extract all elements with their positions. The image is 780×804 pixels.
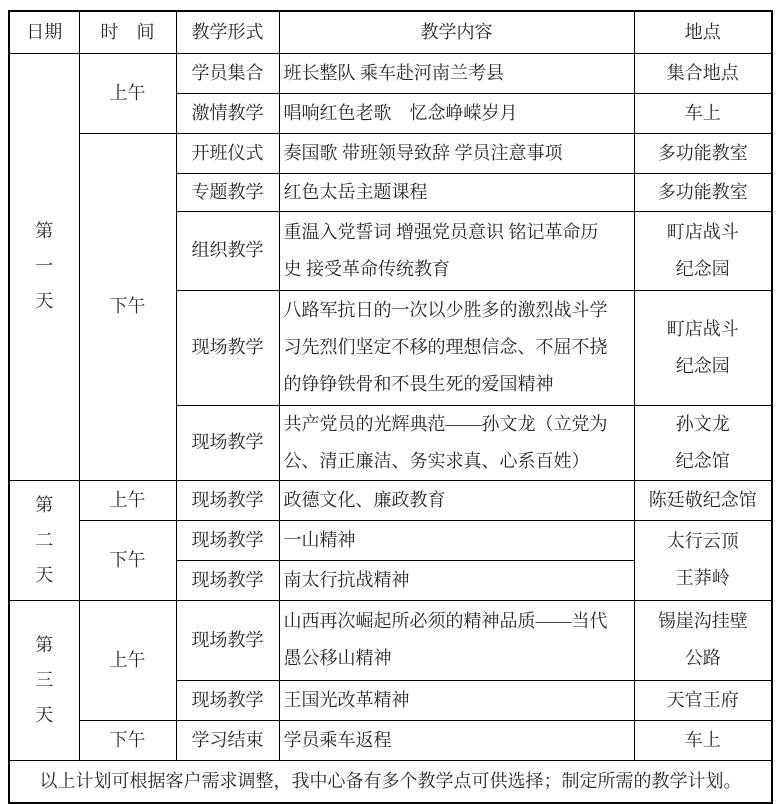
cell-location: 集合地点 [634, 53, 772, 93]
cell-content: 共产党员的光辉典范——孙文龙（立党为 公、清正廉洁、务实求真、心系百姓） [279, 405, 634, 480]
cell-content: 重温入党誓词 增强党员意识 铭记革命历 史 接受革命传统教育 [279, 211, 634, 290]
cell-location: 太行云顶 王莽岭 [634, 520, 772, 600]
header-time: 时 间 [79, 11, 176, 53]
cell-location: 车上 [634, 93, 772, 133]
cell-session-day2-am: 上午 [79, 480, 176, 520]
table-row: 下午 现场教学 一山精神 太行云顶 王莽岭 [9, 520, 772, 560]
cell-session-day1-pm: 下午 [79, 133, 176, 480]
cell-form: 现场教学 [176, 680, 279, 720]
cell-content: 奏国歌 带班领导致辞 学员注意事项 [279, 133, 634, 173]
cell-form: 现场教学 [176, 520, 279, 560]
header-date: 日期 [9, 11, 79, 53]
footer-row: 以上计划可根据客户需求调整，我中心备有多个教学点可供选择；制定所需的教学计划。 [9, 760, 772, 803]
cell-location: 町店战斗 纪念园 [634, 290, 772, 405]
cell-content: 红色太岳主题课程 [279, 173, 634, 211]
header-content: 教学内容 [279, 11, 634, 53]
cell-form: 现场教学 [176, 290, 279, 405]
cell-session-day3-am: 上午 [79, 600, 176, 720]
cell-form: 开班仪式 [176, 133, 279, 173]
cell-form: 现场教学 [176, 405, 279, 480]
cell-form: 现场教学 [176, 560, 279, 600]
cell-form: 现场教学 [176, 480, 279, 520]
cell-location: 多功能教室 [634, 133, 772, 173]
cell-session-day3-pm: 下午 [79, 720, 176, 760]
cell-form: 现场教学 [176, 600, 279, 680]
table-row: 第 二 天 上午 现场教学 政德文化、廉政教育 陈廷敬纪念馆 [9, 480, 772, 520]
cell-content: 一山精神 [279, 520, 634, 560]
cell-location: 町店战斗 纪念园 [634, 211, 772, 290]
cell-location: 孙文龙 纪念馆 [634, 405, 772, 480]
cell-location: 多功能教室 [634, 173, 772, 211]
cell-content: 唱响红色老歌 忆念峥嵘岁月 [279, 93, 634, 133]
cell-session-day1-am: 上午 [79, 53, 176, 133]
header-form: 教学形式 [176, 11, 279, 53]
cell-content: 八路军抗日的一次以少胜多的激烈战斗学 习先烈们坚定不移的理想信念、不屈不挠 的铮… [279, 290, 634, 405]
cell-session-day2-pm: 下午 [79, 520, 176, 600]
table-row: 第 三 天 上午 现场教学 山西再次崛起所必须的精神品质——当代 愚公移山精神 … [9, 600, 772, 680]
cell-location: 天官王府 [634, 680, 772, 720]
teaching-schedule-table: 日期 时 间 教学形式 教学内容 地点 第 一 天 上午 学员集合 班长整队 乘… [8, 10, 773, 804]
cell-form: 组织教学 [176, 211, 279, 290]
cell-form: 专题教学 [176, 173, 279, 211]
cell-form: 学员集合 [176, 53, 279, 93]
table-row: 下午 学习结束 学员乘车返程 车上 [9, 720, 772, 760]
cell-form: 激情教学 [176, 93, 279, 133]
footer-note: 以上计划可根据客户需求调整，我中心备有多个教学点可供选择；制定所需的教学计划。 [9, 760, 772, 803]
cell-day-2: 第 二 天 [9, 480, 79, 600]
header-row: 日期 时 间 教学形式 教学内容 地点 [9, 11, 772, 53]
cell-content: 南太行抗战精神 [279, 560, 634, 600]
cell-content: 政德文化、廉政教育 [279, 480, 634, 520]
cell-day-3: 第 三 天 [9, 600, 79, 760]
header-location: 地点 [634, 11, 772, 53]
cell-form: 学习结束 [176, 720, 279, 760]
cell-day-1: 第 一 天 [9, 53, 79, 480]
table-row: 下午 开班仪式 奏国歌 带班领导致辞 学员注意事项 多功能教室 [9, 133, 772, 173]
cell-location: 车上 [634, 720, 772, 760]
cell-content: 学员乘车返程 [279, 720, 634, 760]
cell-content: 王国光改革精神 [279, 680, 634, 720]
cell-location: 陈廷敬纪念馆 [634, 480, 772, 520]
table-row: 第 一 天 上午 学员集合 班长整队 乘车赴河南兰考县 集合地点 [9, 53, 772, 93]
cell-content: 山西再次崛起所必须的精神品质——当代 愚公移山精神 [279, 600, 634, 680]
cell-content: 班长整队 乘车赴河南兰考县 [279, 53, 634, 93]
cell-location: 锡崖沟挂壁 公路 [634, 600, 772, 680]
